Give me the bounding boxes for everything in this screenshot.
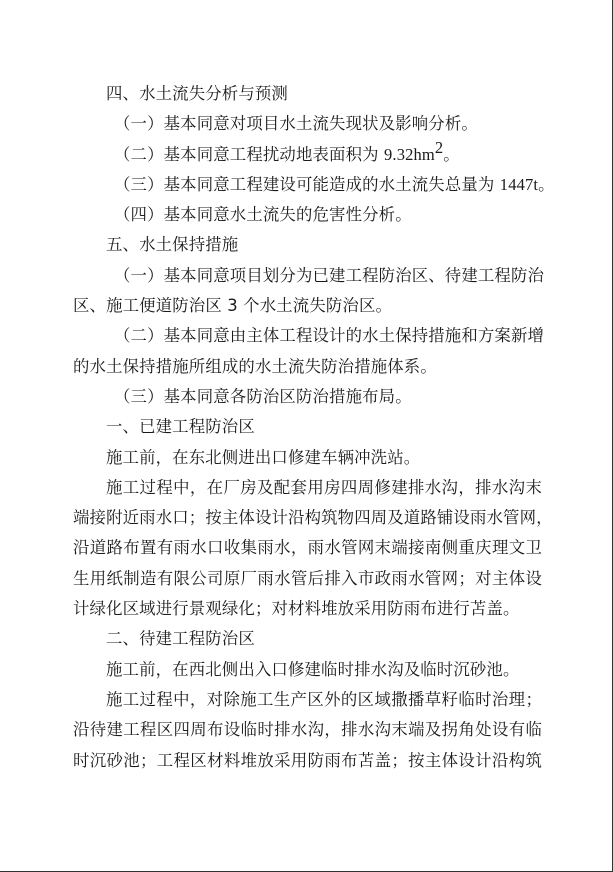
item-label: （四） <box>114 205 164 224</box>
document-body: 四、水土流失分析与预测 （一）基本同意对项目水土流失现状及影响分析。 （二）基本… <box>73 79 542 776</box>
zone-2-during-line-3: 时沉砂池；工程区材料堆放采用防雨布苫盖；按主体设计沿构筑 <box>73 746 542 776</box>
section-4-item-1: （一）基本同意对项目水土流失现状及影响分析。 <box>73 109 542 139</box>
document-page: 四、水土流失分析与预测 （一）基本同意对项目水土流失现状及影响分析。 （二）基本… <box>0 0 613 872</box>
zone-1-heading: 一、已建工程防治区 <box>73 412 542 442</box>
zone-2-heading: 二、待建工程防治区 <box>73 624 542 654</box>
item-text-end: 。 <box>443 145 460 164</box>
zone-1-before-construction: 施工前，在东北侧进出口修建车辆冲洗站。 <box>73 443 542 473</box>
section-5-item-2-line-2: 的水土保持措施所组成的水土流失防治措施体系。 <box>73 352 542 382</box>
item-text-end: 。 <box>538 175 555 194</box>
item-text: 基本同意水土流失的危害性分析。 <box>164 205 412 224</box>
section-5-item-1-line-2: 区、施工便道防治区 3 个水土流失防治区。 <box>73 291 542 321</box>
item-text: 基本同意对项目水土流失现状及影响分析。 <box>164 114 478 133</box>
zone-1-during-line-4: 生用纸制造有限公司原厂雨水管后排入市政雨水管网；对主体设 <box>73 564 542 594</box>
item-text: 基本同意工程扰动地表面积为 <box>164 145 384 164</box>
zone-1-during-line-5: 计绿化区域进行景观绿化；对材料堆放采用防雨布进行苫盖。 <box>73 594 542 624</box>
section-heading-5: 五、水土保持措施 <box>73 230 542 260</box>
erosion-total-value: 1447t <box>500 175 538 194</box>
item-text: 基本同意工程建设可能造成的水土流失总量为 <box>164 175 500 194</box>
zone-1-during-line-2: 端接附近雨水口；按主体设计沿构筑物四周及道路铺设雨水管网， <box>73 503 542 533</box>
section-5-item-3: （三）基本同意各防治区防治措施布局。 <box>73 382 542 412</box>
zone-2-during-line-2: 沿待建工程区四周布设临时排水沟，排水沟末端及拐角处设有临 <box>73 715 542 745</box>
section-4-item-3: （三）基本同意工程建设可能造成的水土流失总量为 1447t。 <box>73 170 542 200</box>
item-label: （三） <box>114 175 164 194</box>
section-heading-4: 四、水土流失分析与预测 <box>73 79 542 109</box>
zone-2-before-construction: 施工前，在西北侧出入口修建临时排水沟及临时沉砂池。 <box>73 655 542 685</box>
section-4-item-2: （二）基本同意工程扰动地表面积为 9.32hm2。 <box>73 140 542 170</box>
area-value: 9.32hm <box>384 145 435 164</box>
zone-1-during-line-3: 沿道路布置有雨水口收集雨水，雨水管网末端接南侧重庆理文卫 <box>73 533 542 563</box>
zone-1-during-line-1: 施工过程中，在厂房及配套用房四周修建排水沟，排水沟末 <box>73 473 542 503</box>
item-label: （一） <box>114 114 164 133</box>
section-5-item-2-line-1: （二）基本同意由主体工程设计的水土保持措施和方案新增 <box>73 321 542 351</box>
zone-2-during-line-1: 施工过程中，对除施工生产区外的区域撒播草籽临时治理； <box>73 685 542 715</box>
item-label: （二） <box>114 145 164 164</box>
section-5-item-1-line-1: （一）基本同意项目划分为已建工程防治区、待建工程防治 <box>73 261 542 291</box>
section-4-item-4: （四）基本同意水土流失的危害性分析。 <box>73 200 542 230</box>
